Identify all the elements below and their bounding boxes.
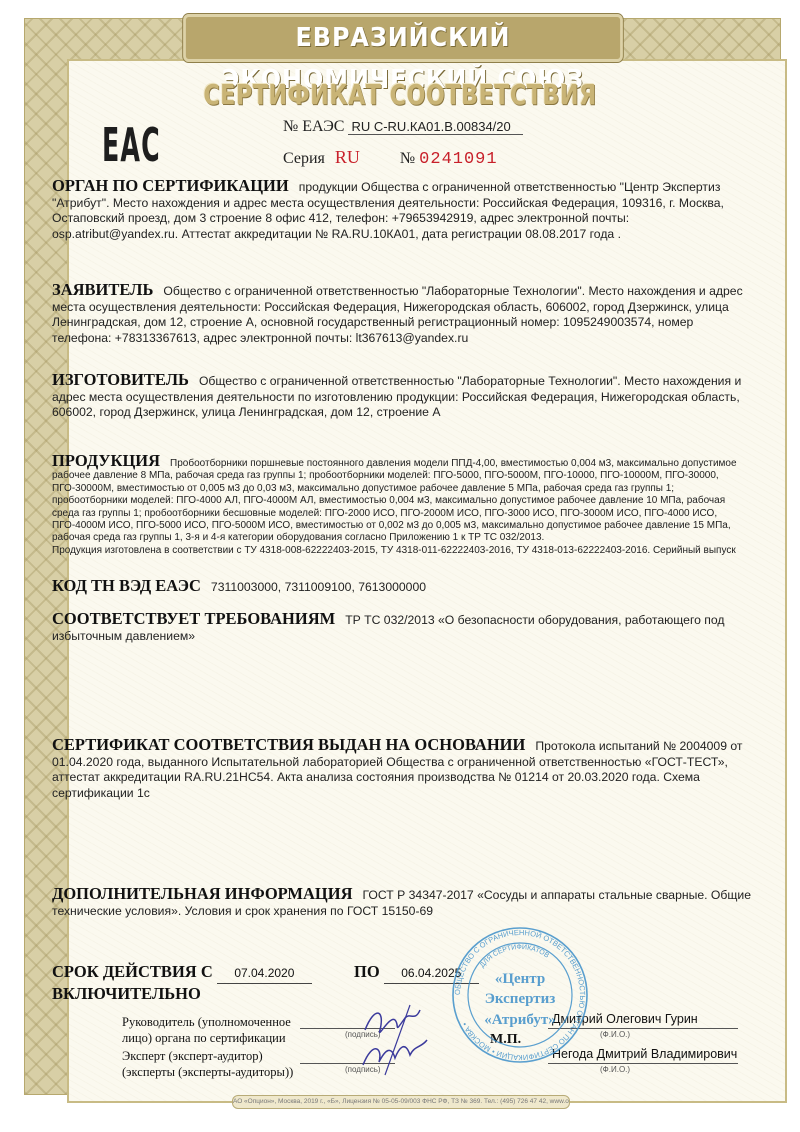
expert-name-caption: (Ф.И.О.) (600, 1065, 630, 1074)
section-products: ПРОДУКЦИЯПробоотборники поршневые постоя… (52, 455, 752, 557)
certificate-number: № ЕАЭС RU C-RU.КА01.В.00834/20 (283, 118, 523, 136)
series-value: RU (335, 147, 360, 167)
section-heading: СЕРТИФИКАТ СООТВЕТСТВИЯ ВЫДАН НА ОСНОВАН… (52, 735, 525, 754)
section-complies: СООТВЕТСТВУЕТ ТРЕБОВАНИЯМТР ТС 032/2013 … (52, 611, 752, 644)
svg-text:ДЛЯ СЕРТИФИКАТОВ: ДЛЯ СЕРТИФИКАТОВ (479, 944, 550, 969)
section-manufacturer: ИЗГОТОВИТЕЛЬОбщество с ограниченной отве… (52, 372, 752, 421)
section-certification-body: ОРГАН ПО СЕРТИФИКАЦИИпродукции Общества … (52, 178, 752, 242)
printer-imprint: АО «Опцион», Москва, 2019 г., «Б», Лицен… (232, 1095, 570, 1109)
section-heading: ПРОДУКЦИЯ (52, 451, 160, 470)
head-name-caption: (Ф.И.О.) (600, 1030, 630, 1039)
section-additional-info: ДОПОЛНИТЕЛЬНАЯ ИНФОРМАЦИЯГОСТ Р 34347-20… (52, 886, 752, 919)
section-text: 7311003000, 7311009100, 7613000000 (211, 580, 426, 594)
section-heading: ИЗГОТОВИТЕЛЬ (52, 370, 189, 389)
validity-to-label: ПО (354, 962, 380, 981)
head-signatory-label: Руководитель (уполномоченное лицо) орган… (122, 1014, 292, 1046)
section-heading: ДОПОЛНИТЕЛЬНАЯ ИНФОРМАЦИЯ (52, 884, 353, 903)
document-title: СЕРТИФИКАТ СООТВЕТСТВИЯ (80, 78, 720, 111)
certificate-number-value: RU C-RU.КА01.В.00834/20 (348, 119, 523, 135)
section-text: Пробоотборники поршневые постоянного дав… (52, 458, 737, 543)
validity-from-date: 07.04.2020 (217, 963, 312, 984)
section-heading: КОД ТН ВЭД ЕАЭС (52, 576, 201, 595)
blank-series: Серия RU № 0241091 (283, 147, 498, 169)
union-banner: ЕВРАЗИЙСКИЙ ЭКОНОМИЧЕСКИЙ СОЮЗ (183, 14, 623, 62)
svg-text:Экспертиз: Экспертиз (485, 991, 556, 1007)
svg-text:«Центр: «Центр (495, 971, 545, 987)
handwritten-signatures-icon (355, 1000, 435, 1080)
blank-number-label: № (400, 150, 415, 167)
eac-mark-icon: ЕАС (102, 118, 161, 172)
certificate-number-label: № ЕАЭС (283, 118, 344, 135)
validity-from-label: СРОК ДЕЙСТВИЯ С (52, 962, 213, 981)
section-hs-code: КОД ТН ВЭД ЕАЭС7311003000, 7311009100, 7… (52, 578, 752, 596)
section-applicant: ЗАЯВИТЕЛЬОбщество с ограниченной ответст… (52, 282, 752, 346)
validity-inclusive-label: ВКЛЮЧИТЕЛЬНО (52, 984, 201, 1003)
section-text: Общество с ограниченной ответственностью… (52, 284, 743, 345)
section-heading: СООТВЕТСТВУЕТ ТРЕБОВАНИЯМ (52, 609, 335, 628)
section-text-standards: Продукция изготовлена в соответствии с Т… (52, 545, 736, 556)
validity-period: СРОК ДЕЙСТВИЯ С 07.04.2020 ПО 06.04.2025… (52, 962, 479, 1004)
svg-text:«Атрибут»: «Атрибут» (484, 1012, 555, 1028)
section-heading: ЗАЯВИТЕЛЬ (52, 280, 153, 299)
blank-number-value: 0241091 (419, 150, 497, 169)
expert-signatory-label: Эксперт (эксперт-аудитор) (эксперты (экс… (122, 1048, 312, 1080)
section-heading: ОРГАН ПО СЕРТИФИКАЦИИ (52, 176, 289, 195)
certification-stamp-icon: ОБЩЕСТВО С ОГРАНИЧЕННОЙ ОТВЕТСТВЕННОСТЬЮ… (450, 925, 590, 1065)
section-basis: СЕРТИФИКАТ СООТВЕТСТВИЯ ВЫДАН НА ОСНОВАН… (52, 737, 752, 801)
series-label: Серия (283, 150, 325, 167)
